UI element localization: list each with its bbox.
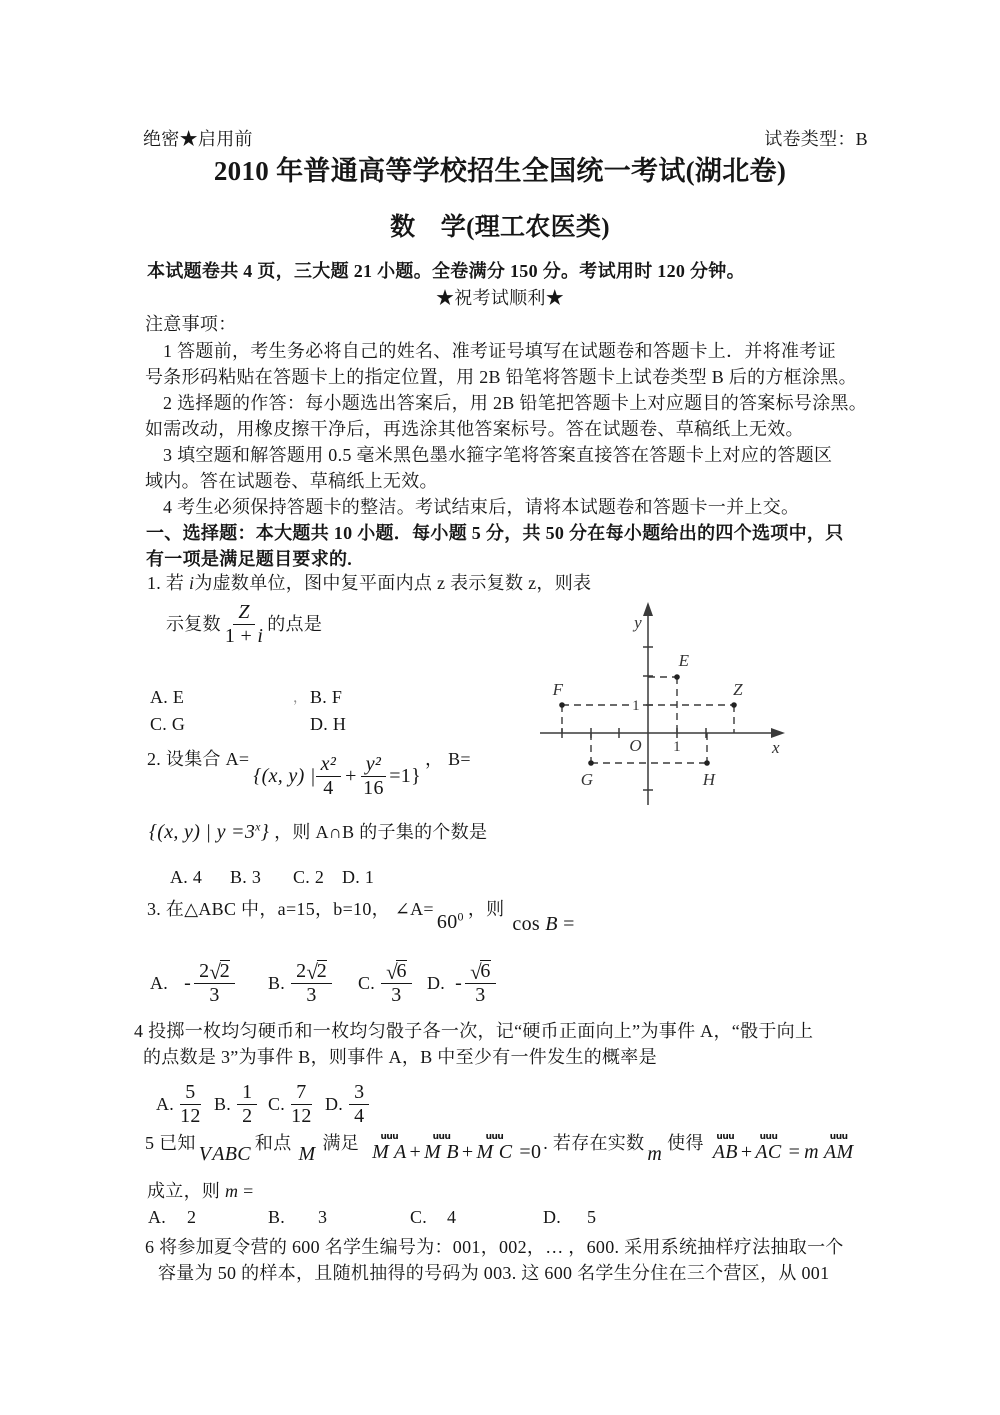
q5-lead: 5 已知 <box>145 1128 196 1155</box>
q4-option-a-den: 12 <box>180 1105 201 1127</box>
point-Z-label: Z <box>733 680 743 699</box>
q2-fraction-1: x² 4 <box>316 754 341 799</box>
q4-option-c: C. 712 <box>268 1076 312 1132</box>
q1-option-b: B. F <box>310 686 342 709</box>
q3-option-a-radicand: 2 <box>220 960 230 982</box>
q5-vector-mc: uuuM C <box>477 1134 513 1163</box>
q5-triangle-symbol: V <box>199 1142 212 1167</box>
q4-option-d-fraction: 34 <box>349 1082 369 1127</box>
page-subtitle: 数 学(理工农医类) <box>0 212 1000 243</box>
notice-line-1b: 号条形码粘贴在答题卡上的指定位置，用 2B 铅笔将答题卡上试卷类型 B 后的方框… <box>145 366 857 389</box>
q5-text-line2: 成立，则 m = <box>147 1180 254 1203</box>
complex-plane-svg: y x O E F Z G H 1 1 <box>538 592 790 807</box>
classification-label: 绝密★启用前 <box>143 128 253 151</box>
q5-vector-mb-body: M B <box>424 1141 459 1163</box>
q4-option-b-fraction: 12 <box>237 1082 257 1127</box>
q2-tail: ，则 A∩B 的子集的个数是 <box>274 821 487 844</box>
q3-option-a-coef: 2 <box>199 961 209 982</box>
exam-info-line: 本试题卷共 4 页，三大题 21 小题。全卷满分 150 分。考试用时 120 … <box>147 260 745 283</box>
q4-option-c-num: 7 <box>291 1082 311 1105</box>
page-title: 2010 年普通高等学校招生全国统一考试(湖北卷) <box>0 155 1000 189</box>
q5-mid1: 和点 <box>255 1128 292 1155</box>
q3-option-a-den: 3 <box>209 984 219 1006</box>
q5-option-d-value: 5 <box>587 1206 596 1229</box>
notice-line-4: 4 考生必须保持答题卡的整洁。考试结束后，请将本试题卷和答题卡一并上交。 <box>163 496 799 519</box>
point-Z-dot <box>731 702 737 708</box>
q5-vector-mc-body: M C <box>477 1141 513 1163</box>
q3-text-line: 3. 在△ABC 中，a=15，b=10， ∠A= 600 ，则 cos B = <box>147 896 575 937</box>
q4-text-line1: 4 投掷一枚均匀硬币和一枚均匀骰子各一次，记“硬币正面向上”为事件 A，“骰于向… <box>134 1020 813 1043</box>
q2-mid: ， B= <box>425 746 471 771</box>
point-F-dot <box>559 702 565 708</box>
q5-mid2: 满足 <box>323 1128 360 1155</box>
q3-option-c-radicand: 6 <box>396 960 406 982</box>
q5-vector-ab-body: AB <box>713 1141 738 1163</box>
q2-set1-close: =1} <box>389 764 421 789</box>
q3-angle-base: 60 <box>437 911 458 933</box>
q5-m-symbol-1: m <box>647 1142 662 1167</box>
q1-fraction-den2: i <box>257 625 263 647</box>
q2-option-d: D. 1 <box>342 866 374 889</box>
q4-option-c-fraction: 712 <box>291 1082 312 1127</box>
q5-eq1: =0 <box>519 1140 541 1165</box>
notice-heading: 注意事项： <box>145 313 237 336</box>
q2-text-line2: {(x, y) | y =3x} ，则 A∩B 的子集的个数是 <box>149 820 487 845</box>
q3-option-d-sign: - <box>455 971 462 996</box>
q5-text-line1: 5 已知 V ABC 和点 M 满足 uuuM A + uuuM B + uuu… <box>145 1128 856 1167</box>
q5-vector-ma: uuuM A <box>372 1134 406 1163</box>
point-H-label: H <box>702 770 717 789</box>
q2-option-c: C. 2 <box>293 866 324 889</box>
q1-text-line1: 1. 若 i为虚数单位，图中复平面内点 z 表示复数 z，则表 <box>147 572 591 595</box>
q3-option-b: B. 2√2 3 <box>268 952 332 1014</box>
q5-vector-ac-body: AC <box>755 1141 781 1163</box>
q3-option-b-coef: 2 <box>296 961 306 982</box>
q3-lead: 3. 在△ABC 中，a=15，b=10， ∠A= <box>147 896 434 921</box>
q3-option-a: A. - 2√2 3 <box>150 952 235 1014</box>
q5-plus2: + <box>462 1140 474 1165</box>
q5-vector-ma-body: M A <box>372 1141 406 1163</box>
q2-fraction-1-den: 4 <box>323 777 333 799</box>
point-G-label: G <box>581 770 594 789</box>
point-E-label: E <box>678 651 690 670</box>
q2-option-a: A. 4 <box>170 866 202 889</box>
q3-cos-var: B <box>545 913 558 935</box>
q3-option-a-label: A. <box>150 972 168 995</box>
exam-paper-page: 绝密★启用前 试卷类型：B 2010 年普通高等学校招生全国统一考试(湖北卷) … <box>0 0 1000 1415</box>
q1-complex-plane-figure: y x O E F Z G H 1 1 <box>538 592 790 813</box>
q1-option-separator: ， <box>293 690 307 708</box>
q2-set2-close: } <box>261 821 269 843</box>
q1-option-a: A. E <box>150 686 184 709</box>
q4-option-a-label: A. <box>156 1093 174 1116</box>
q2-lead: 2. 设集合 A= <box>147 746 249 771</box>
q5-mid4: 使得 <box>667 1128 704 1155</box>
x-axis-arrow-icon <box>771 728 785 738</box>
q4-option-b-label: B. <box>214 1093 231 1116</box>
vector-arrow-icon: uuu <box>380 1134 398 1141</box>
vector-arrow-icon: uuu <box>830 1134 848 1141</box>
q5-eq2: = <box>789 1140 801 1165</box>
q1-option-d: D. H <box>310 713 346 736</box>
q4-option-c-label: C. <box>268 1093 285 1116</box>
q5-l2c: = <box>238 1181 253 1201</box>
y-tick-1-label: 1 <box>632 698 640 714</box>
q4-option-a-fraction: 512 <box>180 1082 201 1127</box>
q2-option-b: B. 3 <box>230 866 261 889</box>
q5-m-symbol-2: m <box>804 1140 819 1165</box>
q4-option-a: A. 512 <box>156 1076 201 1132</box>
wish-line: ★祝考试顺利★ <box>0 287 1000 310</box>
q2-set1-equation: {(x, y) | x² 4 + y² 16 =1} <box>253 754 421 799</box>
q3-option-c: C. √6 3 <box>358 952 412 1014</box>
q1-fraction-den1: 1 + <box>225 625 257 647</box>
q5-option-a-label: A. <box>148 1206 166 1229</box>
q3-option-b-radicand: 2 <box>317 960 327 982</box>
paper-type-label: 试卷类型：B <box>764 128 868 151</box>
q3-angle-value: 600 <box>437 910 464 935</box>
q2-set2-body: {(x, y) | y =3 <box>149 821 255 843</box>
q5-option-b-value: 3 <box>318 1206 327 1229</box>
q5-option-c-value: 4 <box>447 1206 456 1229</box>
q4-option-d-num: 3 <box>349 1082 369 1105</box>
q2-fraction-2-den: 16 <box>363 777 384 799</box>
q3-option-d-label: D. <box>427 972 445 995</box>
q3-option-b-label: B. <box>268 972 285 995</box>
q1-fraction-num: Z <box>238 602 249 623</box>
section1-heading-line1: 一、选择题：本大题共 10 小题．每小题 5 分，共 50 分在每小题给出的四个… <box>146 522 844 545</box>
q5-option-c-label: C. <box>410 1206 427 1229</box>
q1-formula-suffix: 的点是 <box>267 613 322 636</box>
q3-option-b-fraction: 2√2 3 <box>291 960 332 1006</box>
q2-fraction-2-num: y² <box>366 754 381 775</box>
q2-fraction-1-num: x² <box>321 754 336 775</box>
y-axis-label: y <box>632 613 642 632</box>
q1-l1b: 为虚数单位，图中复平面内点 z 表示复数 z，则表 <box>194 573 591 593</box>
point-E-dot <box>674 674 680 680</box>
q5-vector-am: uuuAM <box>824 1134 853 1163</box>
point-G-dot <box>588 760 594 766</box>
q5-mid3: . 若存在实数 <box>543 1128 644 1155</box>
q3-cos-fn: cos <box>512 913 545 935</box>
q4-option-c-den: 12 <box>291 1105 312 1127</box>
x-tick-1-label: 1 <box>673 739 681 755</box>
q3-option-c-label: C. <box>358 972 375 995</box>
notice-line-2b: 如需改动，用橡皮擦干净后，再选涂其他答案标号。答在试题卷、草稿纸上无效。 <box>145 418 804 441</box>
q6-text-line1: 6 将参加夏令营的 600 名学生编号为：001，002，… ，600. 采用系… <box>145 1236 844 1259</box>
vector-arrow-icon: uuu <box>486 1134 504 1141</box>
q4-option-b: B. 12 <box>214 1076 257 1132</box>
q1-l1a: 1. 若 <box>147 573 189 593</box>
q5-vector-ac: uuuAC <box>755 1134 781 1163</box>
q2-text-line1: 2. 设集合 A= {(x, y) | x² 4 + y² 16 =1} ， B… <box>147 746 471 799</box>
q4-option-b-den: 2 <box>242 1105 252 1127</box>
q5-vector-am-body: AM <box>824 1141 853 1163</box>
q5-point-m: M <box>299 1142 316 1167</box>
q1-formula: 示复数 Z 1 + i 的点是 <box>166 602 322 647</box>
q4-text-line2: 的点数是 3”为事件 B，则事件 A，B 中至少有一件发生的概率是 <box>143 1046 657 1069</box>
q3-option-c-den: 3 <box>391 984 401 1006</box>
q4-option-d-den: 4 <box>354 1105 364 1127</box>
q1-option-c: C. G <box>150 713 185 736</box>
q5-plus3: + <box>741 1140 753 1165</box>
q3-cos-expression: cos B = <box>512 912 574 937</box>
q6-text-line2: 容量为 50 的样本，且随机抽得的号码为 003. 这 600 名学生分住在三个… <box>158 1262 829 1285</box>
q4-option-b-num: 1 <box>237 1082 257 1105</box>
x-axis-label: x <box>771 738 780 757</box>
q3-option-d: D. - √6 3 <box>427 952 496 1014</box>
q5-plus1: + <box>410 1140 422 1165</box>
vector-arrow-icon: uuu <box>760 1134 778 1141</box>
q3-option-a-sign: - <box>184 971 191 996</box>
point-F-label: F <box>552 680 564 699</box>
q5-vector-ab: uuuAB <box>713 1134 738 1163</box>
q4-option-d-label: D. <box>325 1093 343 1116</box>
q5-l2a: 成立，则 <box>147 1181 225 1201</box>
y-axis-arrow-icon <box>643 602 653 616</box>
notice-line-2a: 2 选择题的作答：每小题选出答案后，用 2B 铅笔把答题卡上对应题目的答案标号涂… <box>163 392 867 415</box>
q5-l2-m: m <box>225 1181 238 1201</box>
q3-angle-sup: 0 <box>458 909 464 923</box>
q3-cos-eq: = <box>558 913 575 935</box>
notice-line-1a: 1 答题前，考生务必将自己的姓名、准考证号填写在试题卷和答题卡上．并将准考证 <box>163 340 836 363</box>
q3-option-d-radicand: 6 <box>480 960 490 982</box>
q3-option-c-fraction: √6 3 <box>381 960 412 1006</box>
q5-option-d-label: D. <box>543 1206 561 1229</box>
q3-option-d-fraction: √6 3 <box>465 960 496 1006</box>
q1-fraction: Z 1 + i <box>225 602 263 647</box>
notice-line-3a: 3 填空题和解答题用 0.5 毫米黑色墨水箍字笔将答案直接答在答题卡上对应的答题… <box>163 444 832 467</box>
q2-fraction-2: y² 16 <box>361 754 386 799</box>
q3-option-b-den: 3 <box>306 984 316 1006</box>
vector-arrow-icon: uuu <box>716 1134 734 1141</box>
q3-option-a-fraction: 2√2 3 <box>194 960 235 1006</box>
q3-option-d-den: 3 <box>475 984 485 1006</box>
q4-option-a-num: 5 <box>180 1082 200 1105</box>
q4-option-d: D. 34 <box>325 1076 369 1132</box>
q2-plus: + <box>345 764 357 789</box>
q5-vector-mb: uuuM B <box>424 1134 459 1163</box>
origin-label: O <box>629 736 642 755</box>
q3-mid: ，则 <box>468 896 505 921</box>
q2-set1-open: {(x, y) | <box>253 764 315 789</box>
q5-option-b-label: B. <box>268 1206 285 1229</box>
section1-heading-line2: 有一项是满足题目要求的. <box>146 548 352 571</box>
notice-line-3b: 域内。答在试题卷、草稿纸上无效。 <box>145 470 438 493</box>
q5-option-a-value: 2 <box>187 1206 196 1229</box>
q2-set2: {(x, y) | y =3x} <box>149 820 269 845</box>
q5-triangle-name: ABC <box>212 1142 251 1167</box>
vector-arrow-icon: uuu <box>433 1134 451 1141</box>
q1-formula-prefix: 示复数 <box>166 613 221 636</box>
point-H-dot <box>704 760 710 766</box>
